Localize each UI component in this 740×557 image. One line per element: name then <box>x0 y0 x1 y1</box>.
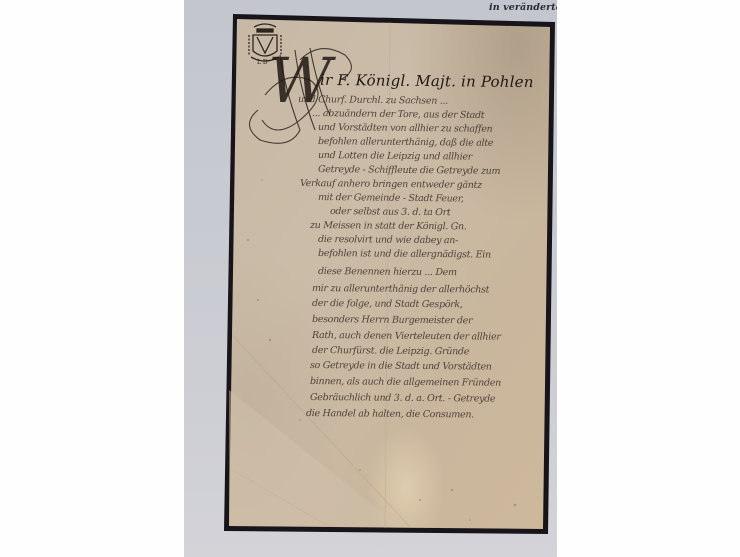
script-line: oder selbst aus 3. d. ta Ort <box>330 206 451 218</box>
script-line: und Churf. Durchl. zu Sachsen ... <box>298 94 448 107</box>
script-line: Rath, auch denen Vierteleuten der allhie… <box>312 330 501 343</box>
script-line: ... abzuändern der Tore, aus der Stadt <box>312 108 484 121</box>
script-line: der Churfürst. die Leipzig. Gründe <box>312 345 469 357</box>
script-line: und Lotten die Leipzig und allhier <box>318 150 472 163</box>
viewer-stage: in veränderte <box>0 0 740 557</box>
script-line: befohlen ist und die allergnädigst. Ein <box>318 248 491 261</box>
script-line: besonders Herrn Burgemeister der <box>312 314 472 326</box>
document-title: ir F. Königl. Majt. in Pohlen <box>320 71 534 91</box>
script-line: zu Meissen in statt der Königl. Gn. <box>310 220 467 232</box>
script-line: mit der Gemeinde - Stadt Feuer, <box>318 192 464 205</box>
script-line: die resolvirt und wie dabey an- <box>318 234 458 246</box>
script-line: binnen, als auch die allgemeinen Fründen <box>310 376 501 389</box>
script-line: und Vorstädten von allhier zu schaffen <box>318 122 493 135</box>
script-line: Gebräuchlich und 3. d. a. Ort. - Getreyd… <box>310 392 495 405</box>
svg-text:L B: L B <box>257 59 268 66</box>
script-line: der die folge, und Stadt Gespörk, <box>312 298 463 310</box>
script-line: mir zu allerunterthänig der allerhöchst <box>312 283 489 296</box>
document-photo: L B W ir F. Königl. Majt. in Pohlen und … <box>0 0 740 557</box>
script-line: Verkauf anhero bringen entweder gäntz <box>300 178 482 191</box>
script-line: diese Benennen hierzu ... Dem <box>318 266 457 278</box>
script-line: so Getreyde in die Stadt und Vorstädten <box>310 360 492 373</box>
script-line: Getreyde - Schiffleute die Getreyde zum <box>318 164 500 177</box>
script-line: die Handel ab halten, die Consumen. <box>306 408 474 420</box>
script-line: befohlen allerunterthänig, daß die alte <box>318 136 493 149</box>
